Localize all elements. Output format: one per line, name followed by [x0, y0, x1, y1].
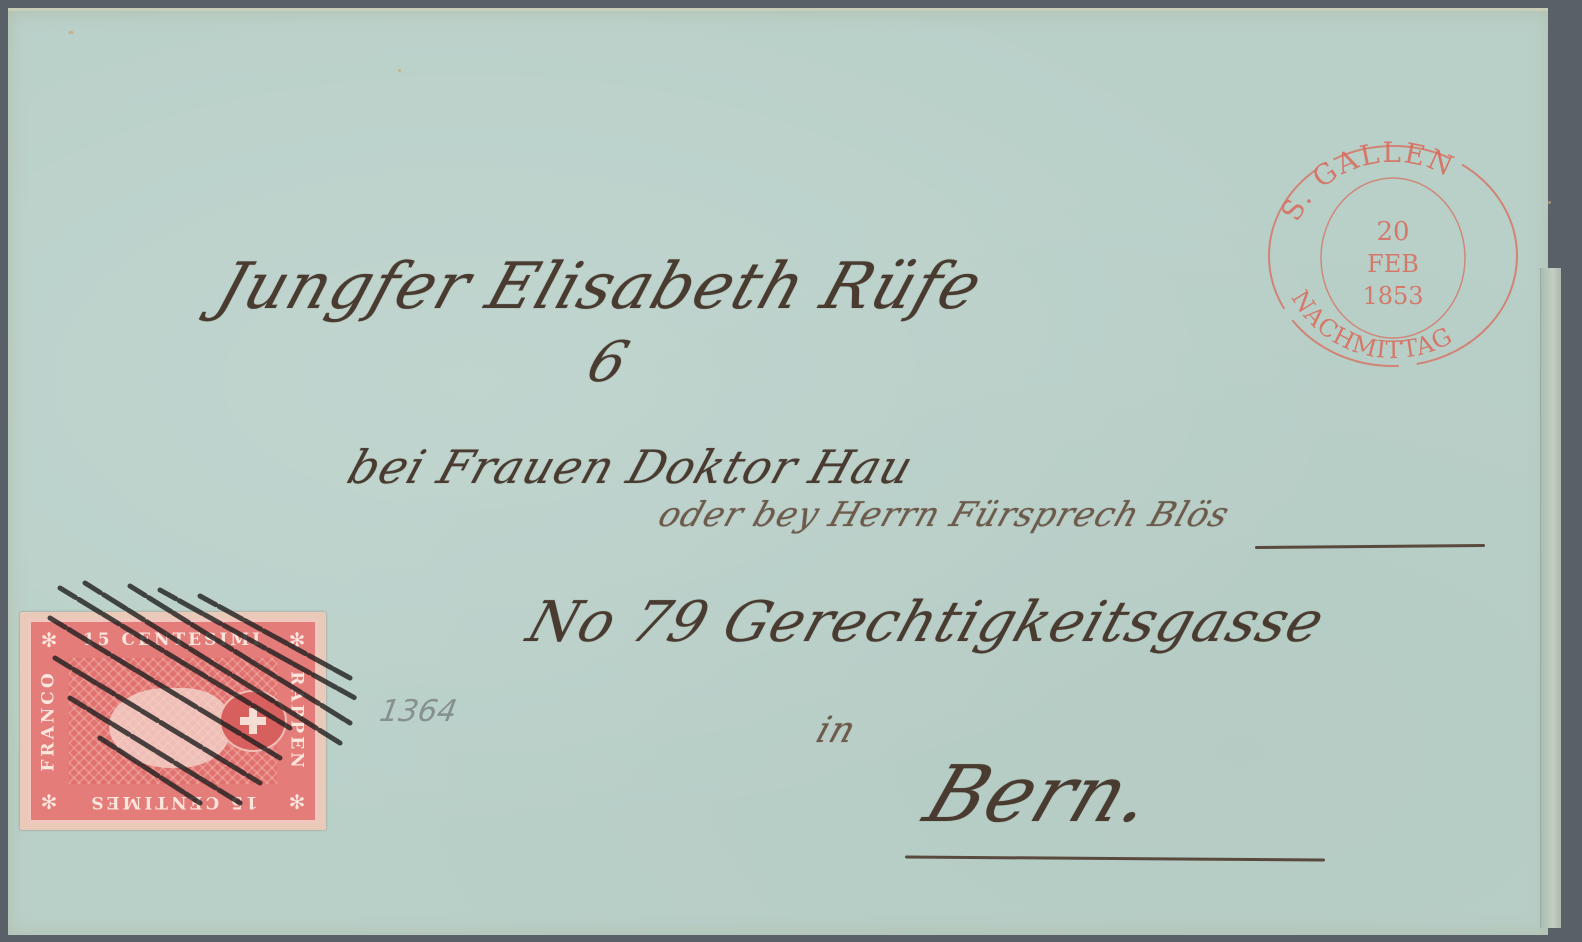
address-city: Bern. [914, 750, 1168, 840]
stamp-bottom-label: 15 CENTIMES [69, 787, 277, 817]
star-icon: ✻ [282, 625, 312, 655]
postage-stamp: 15 CENTESIMI 15 CENTIMES FRANCO RAPPEN ✻… [20, 612, 326, 830]
pencil-inventory-number: 1364 [377, 694, 460, 729]
helvetia-figure [109, 688, 229, 768]
swiss-shield-icon [219, 690, 287, 752]
swiss-cross-icon [240, 708, 266, 734]
postmark: S. GALLEN NACHMITTAG 20 FEB 1853 [1262, 140, 1524, 372]
postmark-year: 1853 [1362, 282, 1423, 310]
postmark-day: 20 [1376, 217, 1409, 247]
paper-speck [1548, 201, 1551, 204]
paper-speck [68, 31, 74, 34]
stamp-top-label: 15 CENTESIMI [69, 625, 277, 655]
stamp-left-label: FRANCO [34, 658, 64, 784]
star-icon: ✻ [282, 787, 312, 817]
address-line-alternate: oder bey Herrn Fürsprech Blös [654, 495, 1235, 535]
address-line-street: No 79 Gerechtigkeitsgasse [519, 590, 1332, 655]
star-icon: ✻ [34, 625, 64, 655]
envelope-flap-edge [1540, 268, 1561, 928]
address-line-care-of: bei Frauen Doktor Hau [341, 440, 920, 494]
star-icon: ✻ [34, 787, 64, 817]
stamp-left-text: FRANCO [39, 670, 59, 771]
postmark-month: FEB [1367, 250, 1419, 278]
stamp-right-text: RAPPEN [287, 671, 307, 770]
paper-speck [398, 69, 401, 72]
stamp-vignette [69, 658, 277, 784]
stamp-right-label: RAPPEN [282, 658, 312, 784]
address-line-addressee: Jungfer Elisabeth Rüfe [208, 250, 991, 324]
